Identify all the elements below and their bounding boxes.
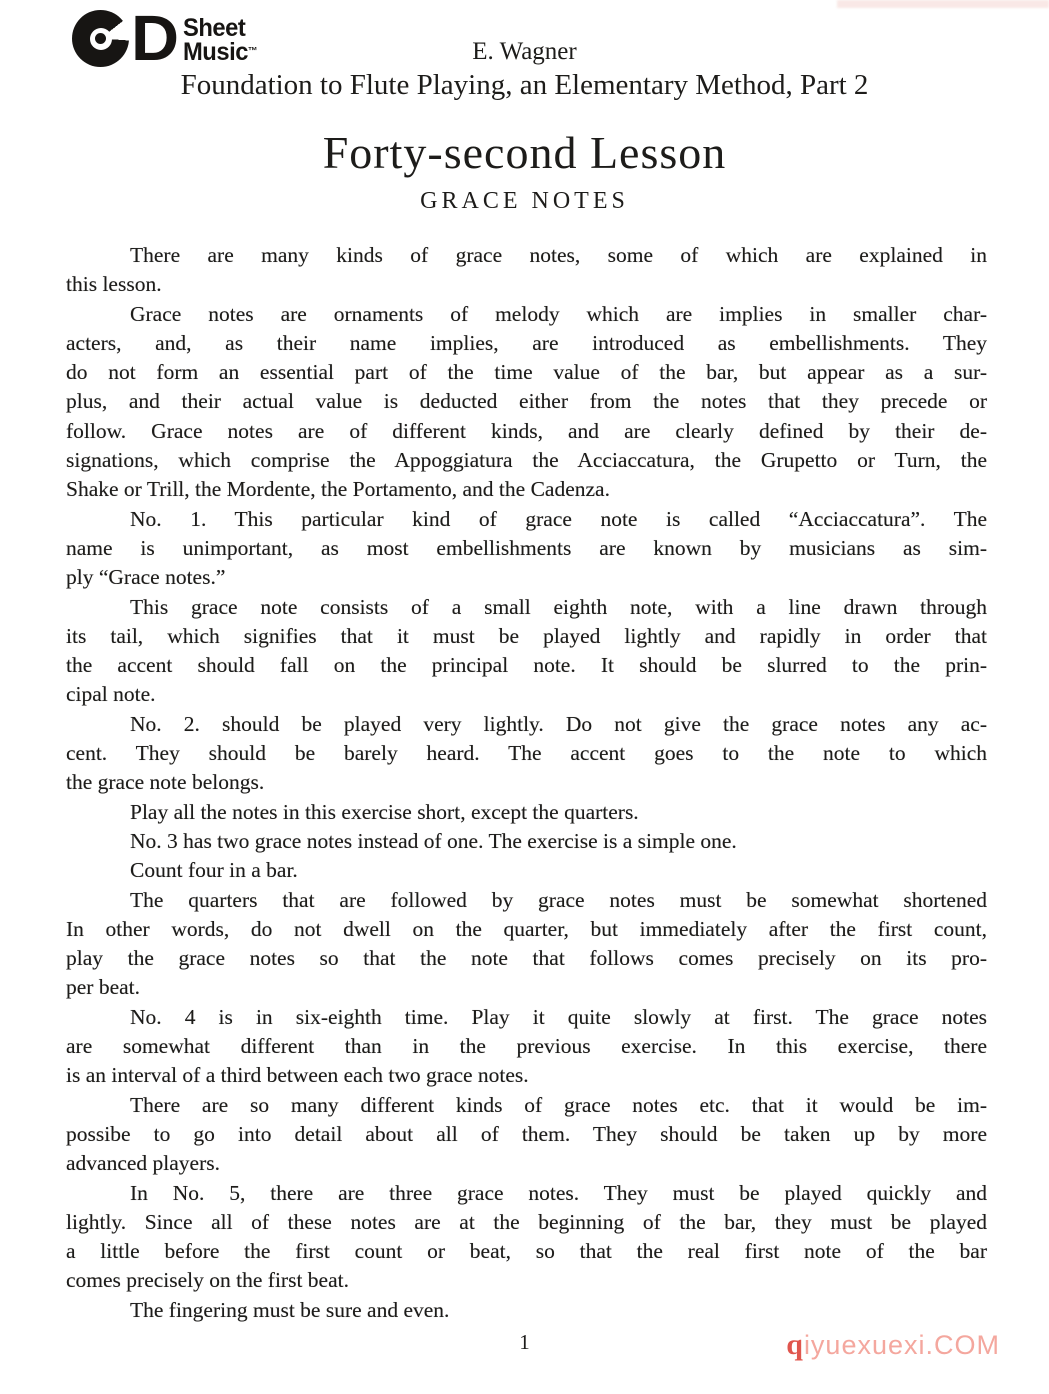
cd-disc-icon <box>72 10 129 67</box>
text-line: There are many kinds of grace notes, som… <box>66 241 987 270</box>
text-line: lightly. Since all of these notes are at… <box>66 1208 987 1237</box>
body-text: There are many kinds of grace notes, som… <box>66 241 987 1325</box>
lesson-title: Forty-second Lesson <box>0 126 1049 180</box>
text-line: No. 3 has two grace notes instead of one… <box>66 827 987 856</box>
logo-word-sheet: Sheet <box>183 17 257 40</box>
text-line: No. 4 is in six-eighth time. Play it qui… <box>66 1003 987 1032</box>
text-line: In No. 5, there are three grace notes. T… <box>66 1179 987 1208</box>
text-line: the grace note belongs. <box>66 768 987 797</box>
text-line: This grace note consists of a small eigh… <box>66 593 987 622</box>
text-line: per beat. <box>66 973 987 1002</box>
text-line: No. 2. should be played very lightly. Do… <box>66 710 987 739</box>
text-line: are somewhat different than in the previ… <box>66 1032 987 1061</box>
text-line: is an interval of a third between each t… <box>66 1061 987 1090</box>
text-line: ply “Grace notes.” <box>66 563 987 592</box>
text-line: No. 1. This particular kind of grace not… <box>66 505 987 534</box>
text-line: follow. Grace notes are of different kin… <box>66 417 987 446</box>
logo-letter-d: D <box>131 10 179 67</box>
top-watermark-remnant <box>837 0 1049 8</box>
watermark-rest: iyuexuexi.COM <box>804 1330 1000 1360</box>
cd-sheet-music-logo: D Sheet Music™ <box>72 10 262 67</box>
text-line: the accent should fall on the principal … <box>66 651 987 680</box>
text-line: The fingering must be sure and even. <box>66 1296 987 1325</box>
text-line: possibe to go into detail about all of t… <box>66 1120 987 1149</box>
text-line: Shake or Trill, the Mordente, the Portam… <box>66 475 987 504</box>
text-line: The quarters that are followed by grace … <box>66 886 987 915</box>
text-line: this lesson. <box>66 270 987 299</box>
watermark-prefix: q <box>786 1328 804 1361</box>
text-line: Grace notes are ornaments of melody whic… <box>66 300 987 329</box>
logo-word-music: Music™ <box>183 40 257 64</box>
text-line: In other words, do not dwell on the quar… <box>66 915 987 944</box>
text-line: cipal note. <box>66 680 987 709</box>
text-line: a little before the first count or beat,… <box>66 1237 987 1266</box>
text-line: do not form an essential part of the tim… <box>66 358 987 387</box>
text-line: advanced players. <box>66 1149 987 1178</box>
site-watermark: qiyuexuexi.COM <box>786 1328 1000 1362</box>
text-line: acters, and, as their name implies, are … <box>66 329 987 358</box>
text-line: signations, which comprise the Appoggiat… <box>66 446 987 475</box>
text-line: comes precisely on the first beat. <box>66 1266 987 1295</box>
text-line: Count four in a bar. <box>66 856 987 885</box>
text-line: Play all the notes in this exercise shor… <box>66 798 987 827</box>
trademark-symbol: ™ <box>248 46 258 57</box>
text-line: cent. They should be barely heard. The a… <box>66 739 987 768</box>
text-line: its tail, which signifies that it must b… <box>66 622 987 651</box>
text-line: There are so many different kinds of gra… <box>66 1091 987 1120</box>
text-line: play the grace notes so that the note th… <box>66 944 987 973</box>
document-page: D Sheet Music™ E. Wagner Foundation to F… <box>0 0 1049 1394</box>
lesson-subtitle: GRACE NOTES <box>0 188 1049 215</box>
logo-wordmark: Sheet Music™ <box>183 17 257 64</box>
text-line: name is unimportant, as most embellishme… <box>66 534 987 563</box>
text-line: plus, and their actual value is deducted… <box>66 387 987 416</box>
